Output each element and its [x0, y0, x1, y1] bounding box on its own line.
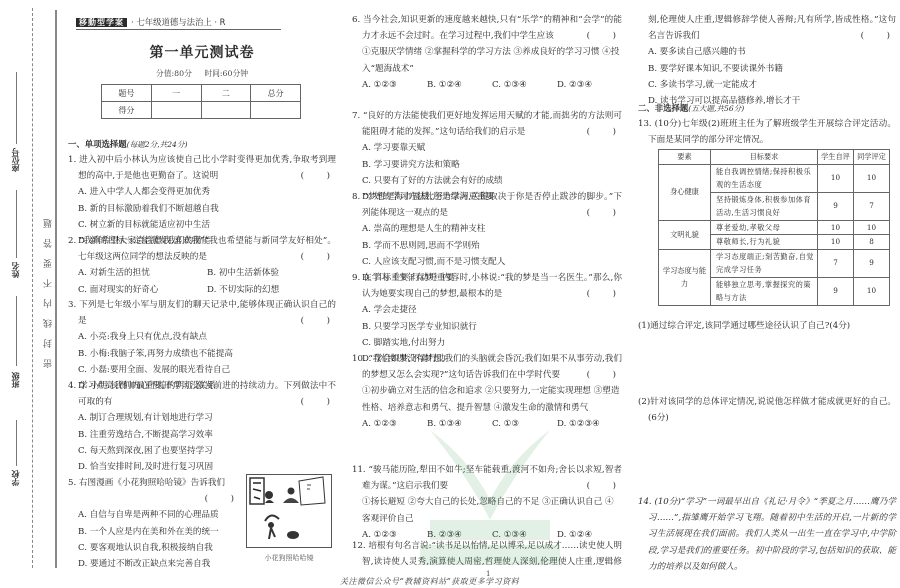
- answer-blank[interactable]: ( ): [205, 494, 244, 504]
- sub-question: (1)通过综合评定,该同学通过哪些途径认识了自己?(4分): [638, 321, 850, 331]
- class-field-label: 班级: [8, 372, 22, 388]
- score-header: 总分: [251, 85, 301, 102]
- score-cell[interactable]: [201, 102, 251, 119]
- score-header: 二: [201, 85, 251, 102]
- eval-goal: 坚持锻炼身体,积极参加体育活动,生活习惯良好: [711, 192, 818, 220]
- option-a: A. 对新生活的担忧: [78, 265, 207, 281]
- option-a: A. 学会走捷径: [352, 302, 622, 318]
- page-header: 移動型学案· 七年级道德与法治上 · R: [76, 16, 281, 30]
- option-c: C. ①③: [492, 416, 557, 432]
- answer-blank[interactable]: ( ): [861, 28, 900, 44]
- question-stem: 11. “骏马能历险,犁田不如牛;坚车能载重,渡河不如舟;舍长以求短,智者难为谋…: [352, 465, 622, 491]
- statement-list: ①克服厌学情绪 ②掌握科学的学习方法 ③养成良好的学习习惯 ④投入“题海战术”: [352, 44, 622, 76]
- name-field-label: 姓名: [8, 262, 22, 278]
- option-c: C. 小磊:要用全面、发展的眼光看待自己: [68, 362, 336, 378]
- option-b: B. 注重劳逸结合,不断提高学习效率: [68, 427, 336, 443]
- eval-peer: 8: [854, 235, 890, 250]
- class-field-line[interactable]: [16, 296, 17, 366]
- question-stem: 5. 右图漫画《小花狗照哈哈镜》告诉我们: [68, 478, 225, 488]
- option-a: A. 崇高的理想是人生的精神支柱: [352, 221, 622, 237]
- option-c: C. ①③④: [492, 77, 557, 93]
- question-13-part-2: (2)针对该同学的总体评定情况,说说他怎样做才能成就更好的自己。(6分): [638, 394, 896, 426]
- seat-field-line[interactable]: [16, 72, 17, 144]
- option-b: B. 学而不思则罔,思而不学则殆: [352, 238, 622, 254]
- statement-list: ①扬长避短 ②夸大自己的长处,忽略自己的不足 ③正确认识自己 ④客观评价自己: [352, 494, 622, 526]
- eval-goal: 尊敬师长,行为礼貌: [711, 235, 818, 250]
- comic-caption: 小花狗照哈哈镜: [240, 550, 338, 566]
- option-b: B. 小梅:我脑子笨,再努力成绩也不能提高: [68, 346, 336, 362]
- eval-self: 10: [818, 235, 854, 250]
- eval-self: 10: [818, 220, 854, 235]
- question-stem: 7. “良好的方法能使我们更好地发挥运用天赋的才能,而拙劣的方法则可能阻碍才能的…: [352, 111, 622, 137]
- exam-meta: 分值:80分 时间:60分钟: [68, 66, 336, 82]
- question-stem-continued: 刻,伦理使人庄重,逻辑修辞学使人善辩;凡有所学,皆成性格。”这句名言告诉我们: [648, 15, 896, 41]
- option-a: A. ①②③: [362, 77, 427, 93]
- question-stem: 2. “我真希望大家会注意我,喜欢我”“我也希望能与新同学友好相处”。七年级这两…: [68, 236, 336, 262]
- score-header: 题号: [102, 85, 152, 102]
- answer-blank[interactable]: ( ): [311, 249, 340, 265]
- answer-blank[interactable]: ( ): [311, 394, 340, 410]
- eval-peer: 9: [854, 249, 890, 277]
- eval-header: 同学评定: [854, 150, 890, 165]
- binding-strip: 学校 班级 姓名 座位号 密封线内不要答题: [0, 0, 62, 588]
- option-c: C. 面对现实的好奇心: [78, 282, 207, 298]
- eval-self: 7: [818, 249, 854, 277]
- eval-peer: 10: [854, 220, 890, 235]
- eval-peer: 10: [854, 164, 890, 192]
- score-row-label: 得分: [102, 102, 152, 119]
- section-note: (五大题,共56分): [688, 104, 744, 113]
- question-stem: 14. (10分)“学习”一词最早出自《礼记·月令》“季夏之月……鹰乃学习……”…: [638, 497, 896, 572]
- option-a: A. 进入中学人人都会变得更加优秀: [68, 184, 336, 200]
- header-subtitle: · 七年级道德与法治上 · R: [131, 17, 226, 27]
- answer-blank[interactable]: ( ): [597, 478, 626, 494]
- question-12-continued: 刻,伦理使人庄重,逻辑修辞学使人善辩;凡有所学,皆成性格。”这句名言告诉我们( …: [638, 12, 896, 109]
- eval-header: 要素: [659, 150, 711, 165]
- answer-blank[interactable]: ( ): [597, 286, 626, 302]
- section-1-heading: 一、单项选择题(每题2分,共24分): [68, 136, 336, 153]
- score-table: 题号 一 二 总分 得分: [101, 84, 301, 119]
- option-b: B. ①②④: [427, 77, 492, 93]
- option-d: D. ②③④: [557, 77, 622, 93]
- question-13-part-1: (1)通过综合评定,该同学通过哪些途径认识了自己?(4分): [638, 318, 896, 334]
- eval-goal: 能够独立思考,掌握探究的策略与方法: [711, 277, 818, 305]
- option-c: C. 脚踏实地,付出努力: [352, 335, 622, 351]
- question-6: 6. 当今社会,知识更新的速度越来越快,只有“乐学”的精神和“会学”的能力才永远…: [352, 12, 622, 93]
- eval-factor: 文明礼貌: [659, 220, 711, 249]
- name-field-line[interactable]: [16, 190, 17, 258]
- question-4: 4. 学习点亮我们内心不熄的明灯,激发前进的持续动力。下列做法中不可取的有( )…: [68, 378, 336, 475]
- score-cell[interactable]: [251, 102, 301, 119]
- section-title: 一、单项选择题: [68, 139, 127, 149]
- question-stem: 13. (10分)七年级(2)班班主任为了解班级学生开展综合评定活动。下面是某同…: [638, 119, 896, 145]
- eval-header: 学生自评: [818, 150, 854, 165]
- exam-title: 第一单元测试卷: [68, 44, 336, 62]
- comic-image: [246, 474, 332, 548]
- question-2: 2. “我真希望大家会注意我,喜欢我”“我也希望能与新同学友好相处”。七年级这两…: [68, 233, 336, 298]
- option-a: A. 自信与自卑是两种不同的心理品质: [68, 507, 240, 523]
- option-b: B. 一个人应是内在美和外在美的统一: [68, 524, 240, 540]
- eval-factor: 身心健康: [659, 164, 711, 220]
- question-stem: 3. 下列是七年级小军与朋友们的聊天记录中,能够体现正确认识自己的是: [68, 300, 336, 326]
- question-stem: 9. 在学习《少年有梦》内容时,小林说:“我的梦是当一名医生。”那么,你认为她要…: [352, 273, 622, 299]
- eval-header: 目标要求: [711, 150, 818, 165]
- option-c: C. 多读书学习,就一定能成才: [638, 77, 896, 93]
- eval-factor: 学习态度与能力: [659, 249, 711, 305]
- answer-blank[interactable]: ( ): [597, 205, 626, 221]
- school-field-line[interactable]: [16, 420, 17, 466]
- option-a: A. 要多读自己感兴趣的书: [638, 44, 896, 60]
- section-title: 二、非选择题: [638, 103, 688, 113]
- question-14: 14. (10分)“学习”一词最早出自《礼记·月令》“季夏之月……鹰乃学习……”…: [638, 494, 896, 575]
- seat-field-label: 座位号: [8, 148, 22, 172]
- option-c: C. 人应该支配习惯,而不是习惯支配人: [352, 254, 622, 270]
- answer-blank[interactable]: ( ): [311, 313, 340, 329]
- footer-note: 关注微信公众号“教辅资料站”获取更多学习资料: [340, 574, 519, 588]
- eval-self: 10: [818, 164, 854, 192]
- score-cell[interactable]: [151, 102, 201, 119]
- question-5: 5. 右图漫画《小花狗照哈哈镜》告诉我们 ( ) A. 自信与自卑是两种不同的心…: [68, 475, 240, 572]
- option-c: C. 每天熬到深夜,困了也要坚持学习: [68, 443, 336, 459]
- answer-area-1[interactable]: [638, 336, 896, 392]
- option-b: B. 只要学习医学专业知识就行: [352, 319, 622, 335]
- option-a: A. 小亮:我身上只有优点,没有缺点: [68, 329, 336, 345]
- option-a: A. ①②③: [362, 416, 427, 432]
- statement-list: ①初步确立对生活的信念和追求 ②只要努力,一定能实现理想 ③塑造性格、培养意志和…: [352, 383, 622, 415]
- score-header: 一: [151, 85, 201, 102]
- eval-goal: 尊老爱幼,孝敬父母: [711, 220, 818, 235]
- question-stem: 6. 当今社会,知识更新的速度越来越快,只有“乐学”的精神和“会学”的能力才永远…: [352, 15, 622, 41]
- option-d: D. ①②③④: [557, 416, 622, 432]
- eval-goal: 能自我调控情绪;保持积极乐观的生活态度: [711, 164, 818, 192]
- section-note: (每题2分,共24分): [127, 140, 188, 149]
- option-b: B. ①③④: [427, 416, 492, 432]
- eval-self: 9: [818, 277, 854, 305]
- brand-badge: 移動型学案: [76, 18, 127, 27]
- question-11: 11. “骏马能历险,犁田不如牛;坚车能载重,渡河不如舟;舍长以求短,智者难为谋…: [352, 462, 622, 543]
- sub-question: (2)针对该同学的总体评定情况,说说他怎样做才能成就更好的自己。(6分): [638, 397, 896, 423]
- answer-blank[interactable]: ( ): [597, 28, 626, 44]
- option-b: B. 新的目标激励着我们不断超越自我: [68, 201, 336, 217]
- option-c: C. 要客观地认识自我,积极接纳自我: [68, 540, 240, 556]
- answer-blank[interactable]: ( ): [311, 168, 340, 184]
- section-2-heading: 二、非选择题(五大题,共56分): [638, 100, 896, 117]
- option-c: C. 只要有了好的方法就会有好的成绩: [352, 173, 622, 189]
- option-d: D. 不切实际的幻想: [207, 282, 336, 298]
- evaluation-table: 要素 目标要求 学生自评 同学评定 身心健康 能自我调控情绪;保持积极乐观的生活…: [658, 149, 890, 306]
- question-13: 13. (10分)七年级(2)班班主任为了解班级学生开展综合评定活动。下面是某同…: [638, 116, 896, 148]
- question-stem: 10. “我们如果没有梦想,我们的头脑就会昏沉;我们如果不从事劳动,我们的梦想又…: [352, 354, 622, 380]
- question-stem: 8. “梦想是海市蜃楼,还是绿洲,关键取决于你是否停止跋涉的脚步。”下列能体现这…: [352, 192, 622, 218]
- option-b: B. 初中生活新体验: [207, 265, 336, 281]
- question-stem: 4. 学习点亮我们内心不熄的明灯,激发前进的持续动力。下列做法中不可取的有: [68, 381, 336, 407]
- eval-peer: 7: [854, 192, 890, 220]
- option-b: B. 要学好课本知识,不要读课外书籍: [638, 61, 896, 77]
- option-c: C. 树立新的目标就能适应初中生活: [68, 217, 336, 233]
- question-stem: 1. 进入初中后小林认为应该使自己比小学时变得更加优秀,争取考到理想的高中,于是…: [68, 155, 336, 181]
- margin-rule: [55, 10, 57, 568]
- option-a: A. 学习要靠天赋: [352, 140, 622, 156]
- eval-self: 9: [818, 192, 854, 220]
- question-10: 10. “我们如果没有梦想,我们的头脑就会昏沉;我们如果不从事劳动,我们的梦想又…: [352, 351, 622, 432]
- option-d: D. 恰当安排时间,及时进行复习巩固: [68, 459, 336, 475]
- cut-line: [32, 8, 33, 568]
- comic-illustration-icon: [247, 475, 331, 547]
- eval-peer: 10: [854, 277, 890, 305]
- answer-blank[interactable]: ( ): [597, 367, 626, 383]
- answer-area-2[interactable]: [638, 430, 896, 490]
- option-a: A. 制订合理规划,有计划地进行学习: [68, 410, 336, 426]
- answer-blank[interactable]: ( ): [597, 124, 626, 140]
- school-field-label: 学校: [8, 470, 22, 486]
- option-d: D. 要通过不断改正缺点来完善自我: [68, 556, 240, 572]
- eval-goal: 学习态度端正;刻苦勤奋,自觉完成学习任务: [711, 249, 818, 277]
- option-b: B. 学习要讲究方法和策略: [352, 157, 622, 173]
